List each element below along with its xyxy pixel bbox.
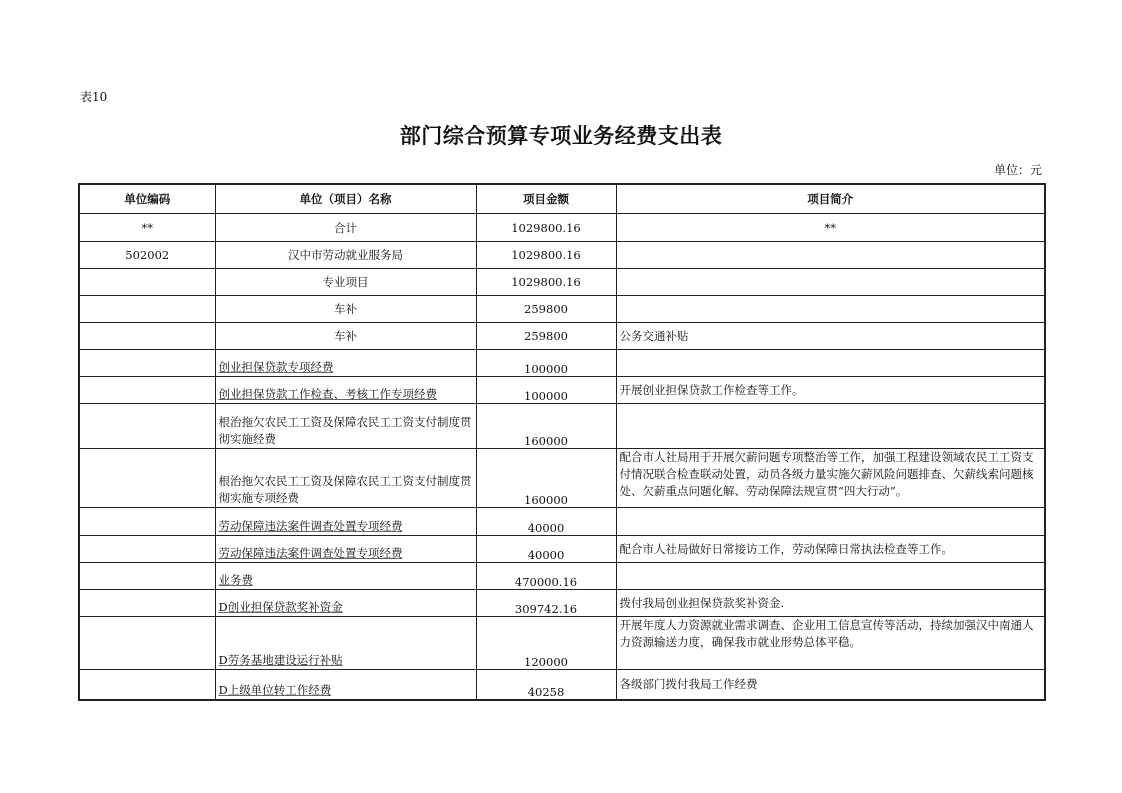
cell-code: 502002 xyxy=(79,242,215,269)
cell-description: 配合市人社局用于开展欠薪问题专项整治等工作，加强工程建设领域农民工工资支付情况联… xyxy=(616,449,1045,508)
cell-name: D创业担保贷款奖补资金 xyxy=(215,590,476,617)
cell-code xyxy=(79,670,215,700)
cell-name: 车补 xyxy=(215,323,476,350)
cell-code xyxy=(79,404,215,449)
unit-label: 单位：元 xyxy=(994,161,1042,178)
cell-name: 业务费 xyxy=(215,563,476,590)
table-row: 专业项目 1029800.16 xyxy=(79,269,1045,296)
cell-amount: 1029800.16 xyxy=(476,242,616,269)
cell-name: 汉中市劳动就业服务局 xyxy=(215,242,476,269)
table-row: 根治拖欠农民工工资及保障农民工工资支付制度贯彻实施专项经费 160000 配合市… xyxy=(79,449,1045,508)
cell-name: 劳动保障违法案件调查处置专项经费 xyxy=(215,536,476,563)
cell-name: 根治拖欠农民工工资及保障农民工工资支付制度贯彻实施经费 xyxy=(215,404,476,449)
cell-code xyxy=(79,508,215,536)
cell-description: 配合市人社局做好日常接访工作，劳动保障日常执法检查等工作。 xyxy=(616,536,1045,563)
table-header-row: 单位编码 单位（项目）名称 项目金额 项目简介 xyxy=(79,184,1045,214)
cell-name: 劳动保障违法案件调查处置专项经费 xyxy=(215,508,476,536)
cell-amount: 259800 xyxy=(476,296,616,323)
cell-code xyxy=(79,323,215,350)
cell-amount: 259800 xyxy=(476,323,616,350)
page-title: 部门综合预算专项业务经费支出表 xyxy=(0,120,1122,150)
cell-description xyxy=(616,350,1045,377)
column-header-description: 项目简介 xyxy=(616,184,1045,214)
cell-name: 根治拖欠农民工工资及保障农民工工资支付制度贯彻实施专项经费 xyxy=(215,449,476,508)
table-row: 劳动保障违法案件调查处置专项经费 40000 配合市人社局做好日常接访工作，劳动… xyxy=(79,536,1045,563)
table-number-label: 表10 xyxy=(80,88,107,105)
cell-code xyxy=(79,590,215,617)
table-row: 车补 259800 公务交通补贴 xyxy=(79,323,1045,350)
cell-description: 各级部门拨付我局工作经费 xyxy=(616,670,1045,700)
cell-name: 专业项目 xyxy=(215,269,476,296)
cell-description: 拨付我局创业担保贷款奖补资金. xyxy=(616,590,1045,617)
cell-code: ** xyxy=(79,214,215,242)
cell-code xyxy=(79,617,215,670)
cell-amount: 1029800.16 xyxy=(476,214,616,242)
cell-description xyxy=(616,563,1045,590)
table-row: D创业担保贷款奖补资金 309742.16 拨付我局创业担保贷款奖补资金. xyxy=(79,590,1045,617)
cell-amount: 100000 xyxy=(476,350,616,377)
cell-description: 开展年度人力资源就业需求调查、企业用工信息宣传等活动，持续加强汉中南通人力资源输… xyxy=(616,617,1045,670)
cell-code xyxy=(79,563,215,590)
cell-amount: 40258 xyxy=(476,670,616,700)
cell-amount: 470000.16 xyxy=(476,563,616,590)
cell-code xyxy=(79,296,215,323)
table-row: 创业担保贷款工作检查、考核工作专项经费 100000 开展创业担保贷款工作检查等… xyxy=(79,377,1045,404)
cell-code xyxy=(79,269,215,296)
cell-description: ** xyxy=(616,214,1045,242)
cell-amount: 160000 xyxy=(476,449,616,508)
cell-description xyxy=(616,404,1045,449)
column-header-name: 单位（项目）名称 xyxy=(215,184,476,214)
cell-name: 创业担保贷款工作检查、考核工作专项经费 xyxy=(215,377,476,404)
table-row: 业务费 470000.16 xyxy=(79,563,1045,590)
table-row: 劳动保障违法案件调查处置专项经费 40000 xyxy=(79,508,1045,536)
table-row: D上级单位转工作经费 40258 各级部门拨付我局工作经费 xyxy=(79,670,1045,700)
cell-code xyxy=(79,449,215,508)
column-header-amount: 项目金额 xyxy=(476,184,616,214)
cell-amount: 309742.16 xyxy=(476,590,616,617)
cell-description: 公务交通补贴 xyxy=(616,323,1045,350)
cell-description xyxy=(616,296,1045,323)
cell-amount: 40000 xyxy=(476,508,616,536)
cell-name: D上级单位转工作经费 xyxy=(215,670,476,700)
cell-description: 开展创业担保贷款工作检查等工作。 xyxy=(616,377,1045,404)
cell-name: 创业担保贷款专项经费 xyxy=(215,350,476,377)
table-row: 502002 汉中市劳动就业服务局 1029800.16 xyxy=(79,242,1045,269)
table-row: 车补 259800 xyxy=(79,296,1045,323)
cell-amount: 100000 xyxy=(476,377,616,404)
cell-code xyxy=(79,536,215,563)
cell-name: D劳务基地建设运行补贴 xyxy=(215,617,476,670)
cell-code xyxy=(79,350,215,377)
budget-table: 单位编码 单位（项目）名称 项目金额 项目简介 ** 合计 1029800.16… xyxy=(78,183,1046,701)
cell-description xyxy=(616,269,1045,296)
cell-amount: 120000 xyxy=(476,617,616,670)
table-row: 根治拖欠农民工工资及保障农民工工资支付制度贯彻实施经费 160000 xyxy=(79,404,1045,449)
cell-name: 车补 xyxy=(215,296,476,323)
table-row: D劳务基地建设运行补贴 120000 开展年度人力资源就业需求调查、企业用工信息… xyxy=(79,617,1045,670)
cell-description xyxy=(616,242,1045,269)
cell-name: 合计 xyxy=(215,214,476,242)
cell-description xyxy=(616,508,1045,536)
cell-code xyxy=(79,377,215,404)
cell-amount: 1029800.16 xyxy=(476,269,616,296)
table-row: ** 合计 1029800.16 ** xyxy=(79,214,1045,242)
cell-amount: 40000 xyxy=(476,536,616,563)
table-row: 创业担保贷款专项经费 100000 xyxy=(79,350,1045,377)
cell-amount: 160000 xyxy=(476,404,616,449)
column-header-code: 单位编码 xyxy=(79,184,215,214)
